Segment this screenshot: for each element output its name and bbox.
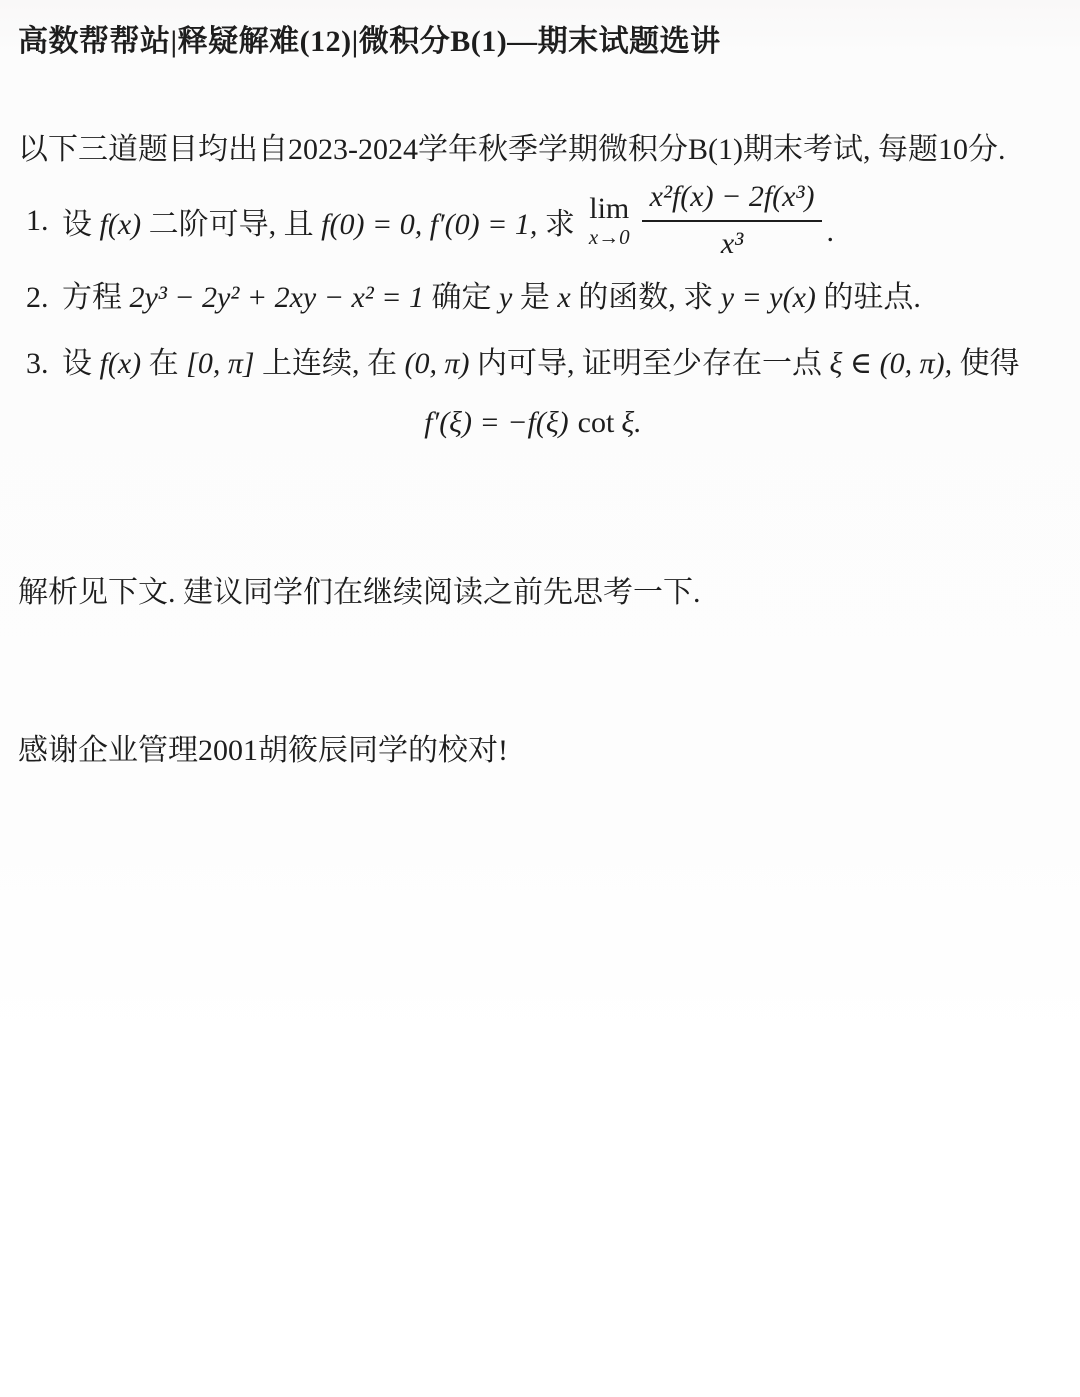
problem-2: 2. 方程 2y³ − 2y² + 2xy − x² = 1 确定 y 是 x … <box>18 275 1064 321</box>
problem-2-cn-3: 是 <box>512 281 557 314</box>
display-formula: f′(ξ) = −f(ξ)cotξ. <box>62 401 1004 445</box>
display-formula-left: f′(ξ) = −f(ξ) <box>424 406 568 439</box>
problem-2-math-4: y = y(x) <box>721 281 816 314</box>
problem-3-cn-4: 内可导, 证明至少存在一点 <box>470 347 830 380</box>
problem-2-cn-1: 方程 <box>62 281 130 314</box>
problem-1-text: 设 f(x) 二阶可导, 且 f(0) = 0, f′(0) = 1, 求 <box>62 199 575 243</box>
problem-3-cn-3: 上连续, 在 <box>255 347 405 380</box>
note-paragraph: 解析见下文. 建议同学们在继续阅读之前先思考一下. <box>18 573 1064 613</box>
problem-2-number: 2. <box>26 275 62 321</box>
fraction-denominator: x³ <box>721 222 743 259</box>
problem-list: 1. 设 f(x) 二阶可导, 且 f(0) = 0, f′(0) = 1, 求… <box>18 182 1064 445</box>
problem-2-cn-2: 确定 <box>424 281 499 314</box>
problem-2-math-3: x <box>557 281 570 314</box>
limit-lim-label: lim <box>589 194 629 224</box>
problem-2-cn-5: 的驻点. <box>816 281 921 314</box>
problem-2-text: 方程 2y³ − 2y² + 2xy − x² = 1 确定 y 是 x 的函数… <box>62 275 1064 321</box>
problem-2-cn-4: 的函数, 求 <box>571 281 721 314</box>
problem-1-number: 1. <box>26 204 62 238</box>
problem-2-math-1: 2y³ − 2y² + 2xy − x² = 1 <box>130 281 425 314</box>
problem-1-cn-3: 求 <box>537 208 575 241</box>
problem-1-cn-1: 设 <box>62 208 100 241</box>
problem-3-cn-2: 在 <box>141 347 186 380</box>
document-page: 高数帮帮站|释疑解难(12)|微积分B(1)—期末试题选讲 以下三道题目均出自2… <box>0 0 1080 771</box>
problem-1-cn-2: 二阶可导, 且 <box>141 208 321 241</box>
problem-2-math-2: y <box>499 281 512 314</box>
problem-3-number: 3. <box>26 341 62 387</box>
doc-title: 高数帮帮站|释疑解难(12)|微积分B(1)—期末试题选讲 <box>18 22 1064 62</box>
problem-3-math-3: (0, π) <box>405 347 470 380</box>
problem-1-math-2: f(0) = 0, f′(0) = 1, <box>321 208 537 241</box>
problem-1: 1. 设 f(x) 二阶可导, 且 f(0) = 0, f′(0) = 1, 求… <box>18 182 1064 259</box>
limit-operator: lim x→0 <box>589 194 630 248</box>
display-formula-right: ξ. <box>621 406 641 439</box>
problem-1-period: . <box>826 215 834 249</box>
problem-3: 3. 设 f(x) 在 [0, π] 上连续, 在 (0, π) 内可导, 证明… <box>18 341 1064 445</box>
problem-3-cn-5: 使得 <box>952 347 1020 380</box>
problem-1-math-1: f(x) <box>100 208 142 241</box>
thanks-paragraph: 感谢企业管理2001胡筱辰同学的校对! <box>18 731 1064 771</box>
fraction-numerator: x²f(x) − 2f(x³) <box>642 182 823 220</box>
problem-3-math-2: [0, π] <box>186 347 254 380</box>
problem-3-math-4: ξ ∈ (0, π), <box>830 347 953 380</box>
display-formula-cot: cot <box>578 406 615 439</box>
math-fraction: x²f(x) − 2f(x³) x³ <box>642 182 823 259</box>
problem-3-text: 设 f(x) 在 [0, π] 上连续, 在 (0, π) 内可导, 证明至少存… <box>62 341 1064 445</box>
limit-subscript: x→0 <box>589 227 630 248</box>
problem-3-cn-1: 设 <box>62 347 100 380</box>
problem-3-math-1: f(x) <box>100 347 142 380</box>
intro-paragraph: 以下三道题目均出自2023-2024学年秋季学期微积分B(1)期末考试, 每题1… <box>18 130 1064 170</box>
